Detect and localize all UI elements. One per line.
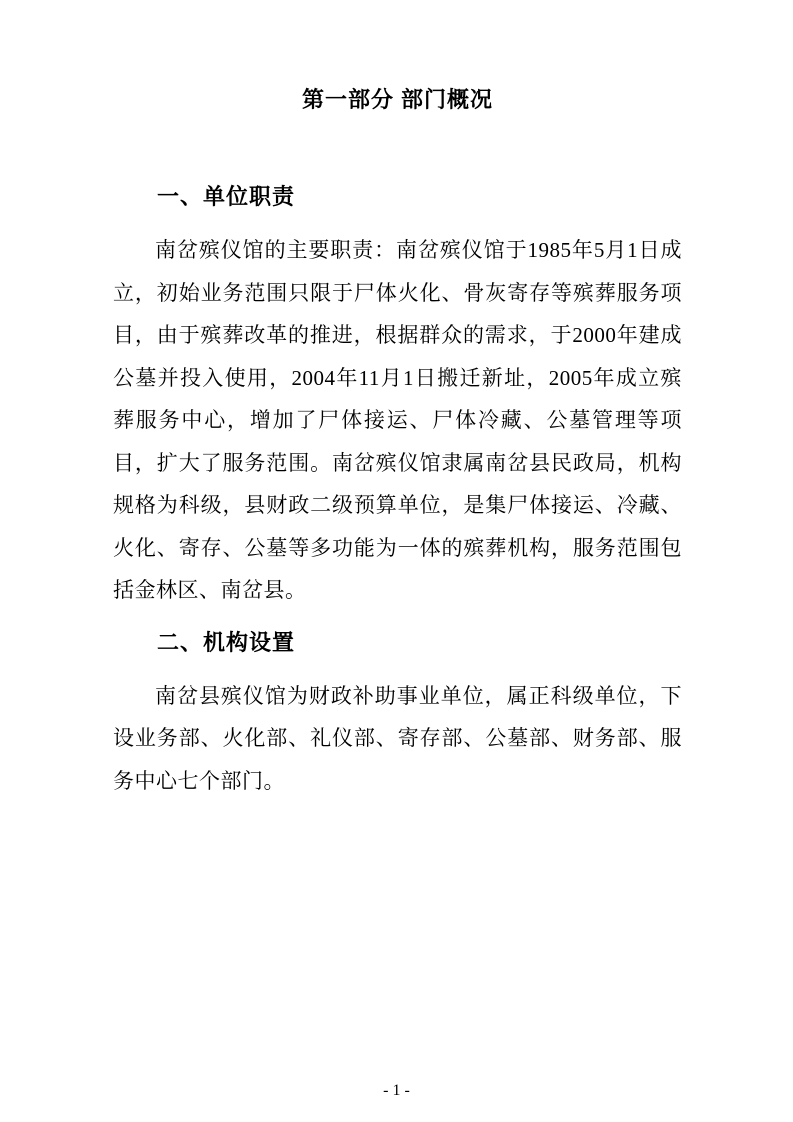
section-unit-duties: 一、单位职责 南岔殡仪馆的主要职责：南岔殡仪馆于1985年5月1日成立，初始业务… xyxy=(113,176,682,612)
section-organization-setup: 二、机构设置 南岔县殡仪馆为财政补助事业单位，属正科级单位，下设业务部、火化部、… xyxy=(113,622,682,803)
document-page: 第一部分 部门概况 一、单位职责 南岔殡仪馆的主要职责：南岔殡仪馆于1985年5… xyxy=(0,0,793,1122)
section-2-heading: 二、机构设置 xyxy=(113,622,682,664)
section-1-heading: 一、单位职责 xyxy=(113,176,682,218)
page-number: - 1 - xyxy=(0,1082,793,1100)
section-2-paragraph: 南岔县殡仪馆为财政补助事业单位，属正科级单位，下设业务部、火化部、礼仪部、寄存部… xyxy=(113,675,682,803)
document-title: 第一部分 部门概况 xyxy=(113,0,682,121)
section-1-paragraph: 南岔殡仪馆的主要职责：南岔殡仪馆于1985年5月1日成立，初始业务范围只限于尸体… xyxy=(113,229,682,612)
